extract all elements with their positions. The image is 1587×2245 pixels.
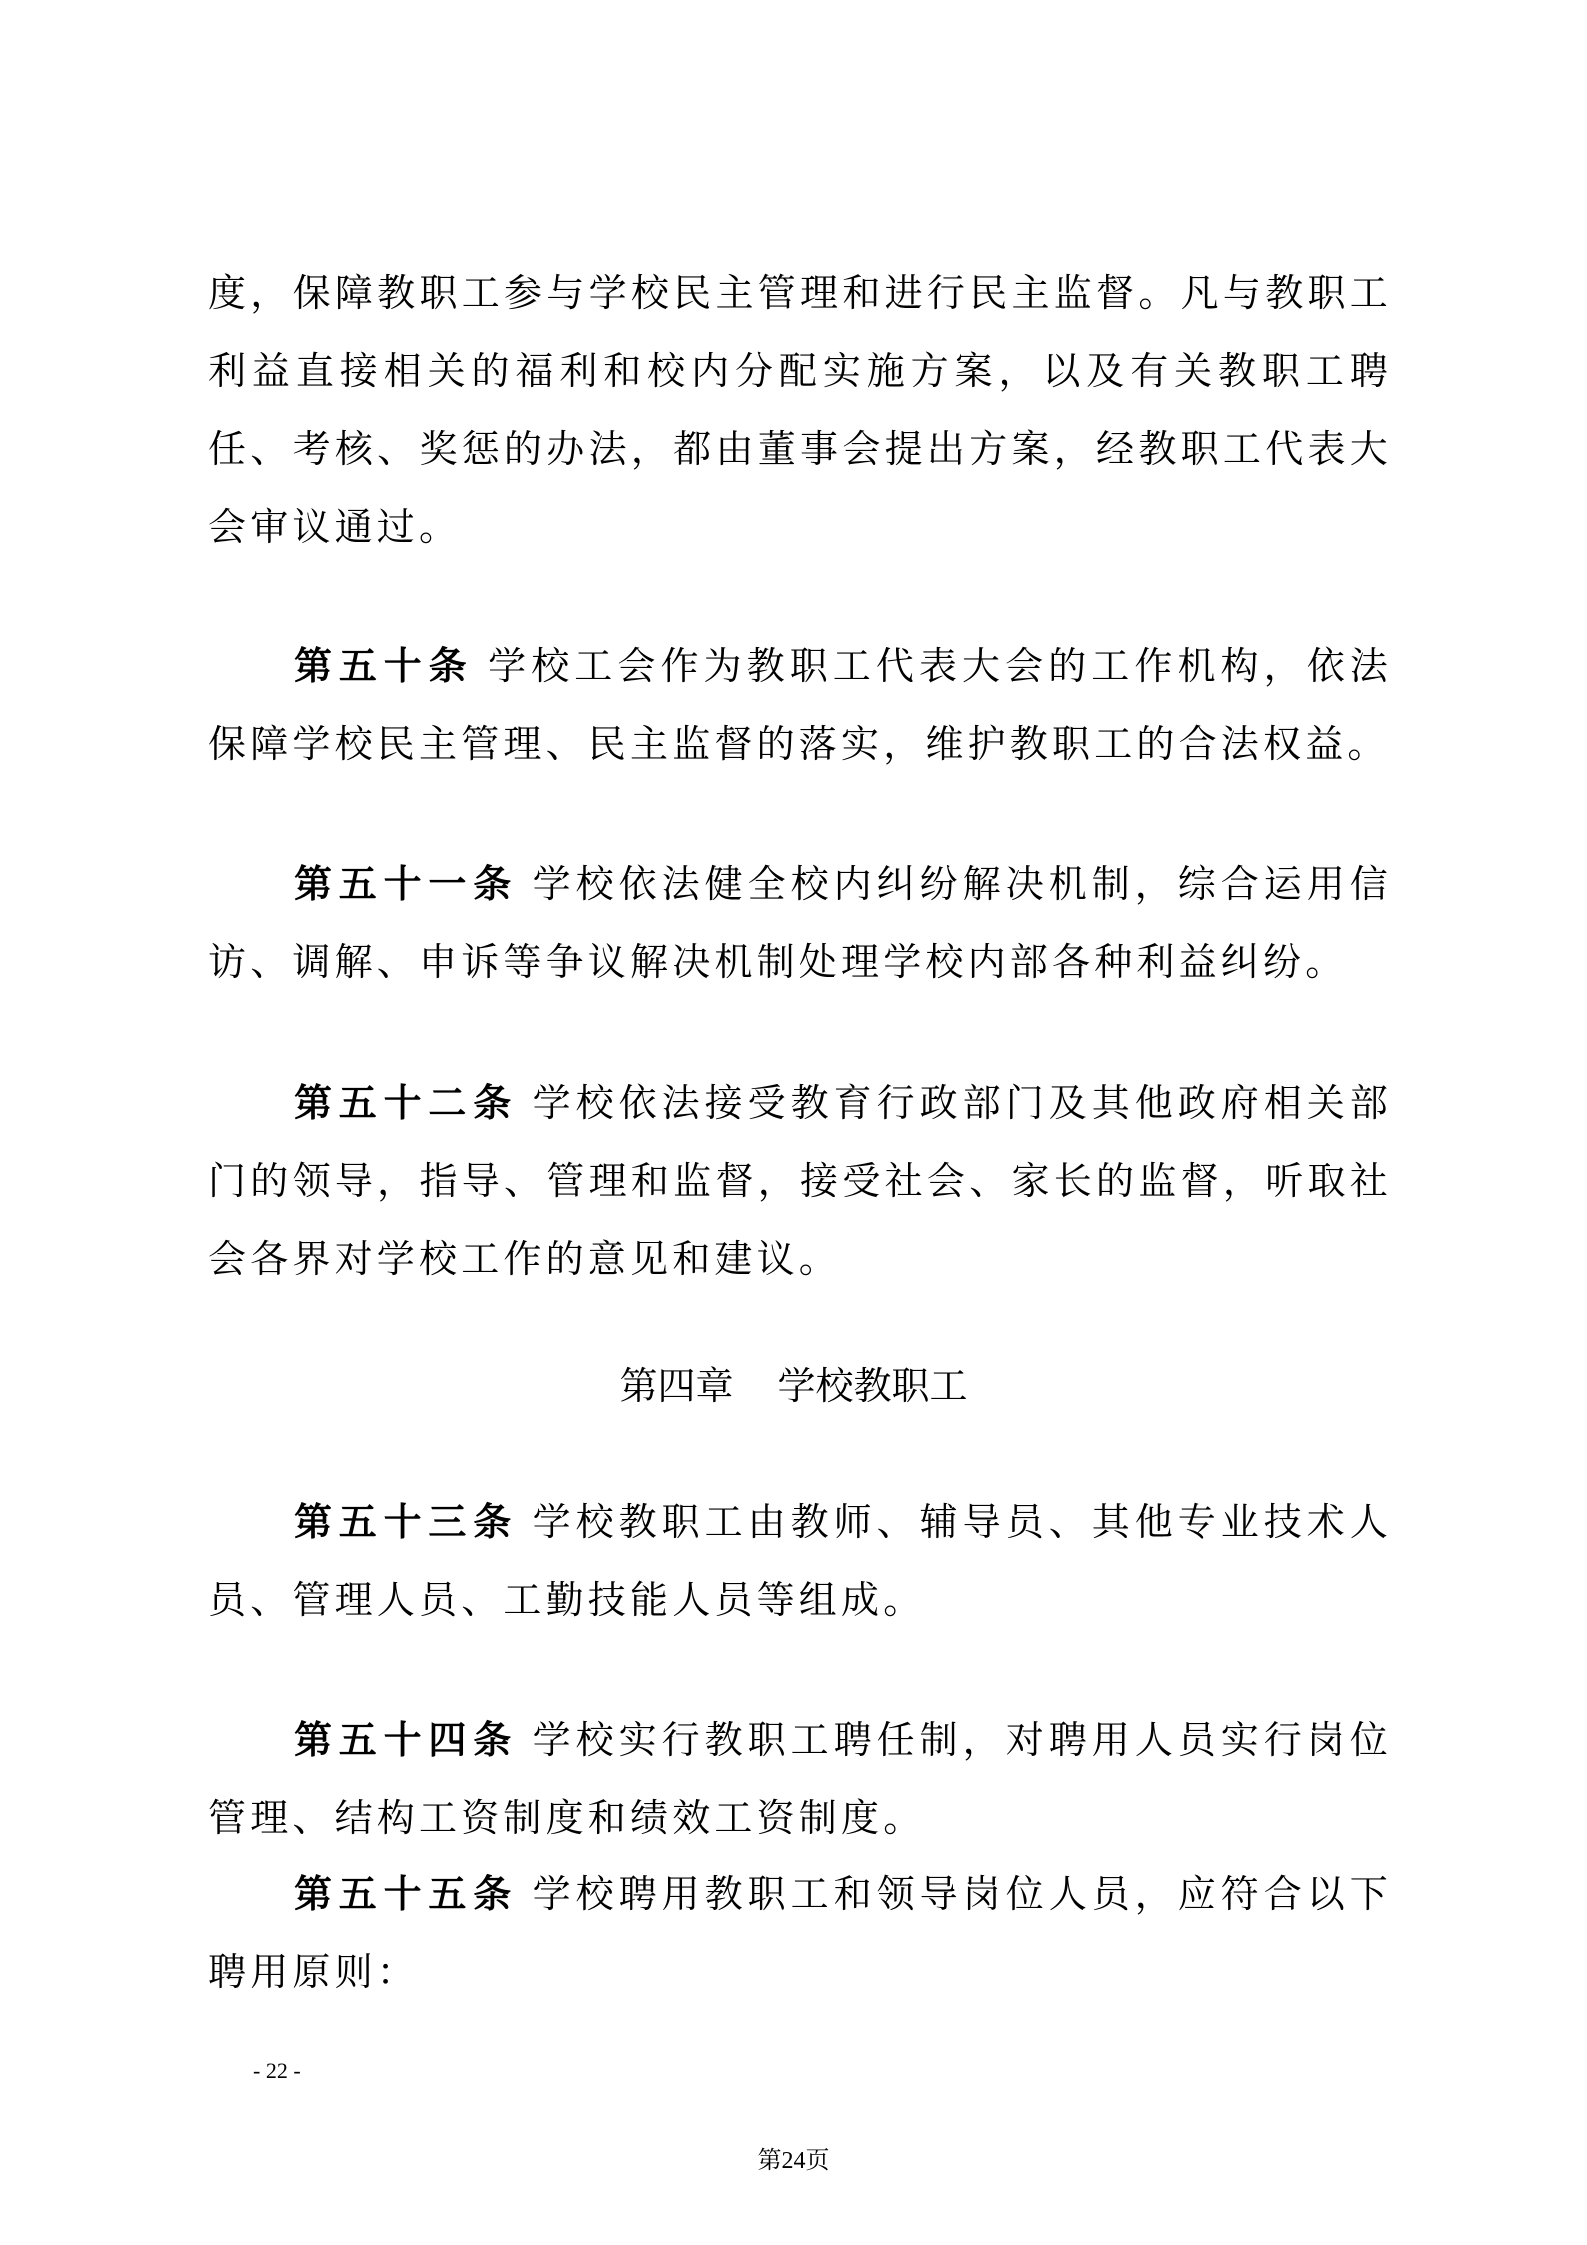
- paragraph-line: 会审议通过。: [208, 504, 1392, 550]
- article-text: 学校实行教职工聘任制，对聘用人员实行岗位: [532, 1718, 1392, 1762]
- chapter-heading: 第四章学校教职工: [0, 1363, 1587, 1409]
- paragraph-line: 任、考核、奖惩的办法，都由董事会提出方案，经教职工代表大: [208, 426, 1392, 472]
- article-53-first-line: 第五十三条 学校教职工由教师、辅导员、其他专业技术人: [294, 1499, 1392, 1545]
- article-51-first-line: 第五十一条 学校依法健全校内纠纷解决机制，综合运用信: [294, 861, 1392, 907]
- paragraph-line: 访、调解、申诉等争议解决机制处理学校内部各种利益纠纷。: [208, 939, 1392, 985]
- paragraph-line: 度，保障教职工参与学校民主管理和进行民主监督。凡与教职工: [208, 270, 1392, 316]
- article-text: 学校聘用教职工和领导岗位人员，应符合以下: [532, 1872, 1392, 1916]
- article-text: 学校依法接受教育行政部门及其他政府相关部: [532, 1081, 1392, 1125]
- article-text: 学校工会作为教职工代表大会的工作机构，依法: [487, 644, 1392, 688]
- chapter-title: 学校教职工: [778, 1364, 968, 1408]
- article-number: 第五十二条: [294, 1081, 518, 1125]
- article-54-first-line: 第五十四条 学校实行教职工聘任制，对聘用人员实行岗位: [294, 1717, 1392, 1763]
- article-55-first-line: 第五十五条 学校聘用教职工和领导岗位人员，应符合以下: [294, 1871, 1392, 1917]
- article-number: 第五十四条: [294, 1718, 518, 1762]
- article-text: 学校教职工由教师、辅导员、其他专业技术人: [532, 1500, 1392, 1544]
- article-number: 第五十三条: [294, 1500, 518, 1544]
- page-footer: 第24页: [0, 2140, 1587, 2175]
- article-50-first-line: 第五十条 学校工会作为教职工代表大会的工作机构，依法: [294, 643, 1392, 689]
- paragraph-line: 门的领导，指导、管理和监督，接受社会、家长的监督，听取社: [208, 1158, 1392, 1204]
- article-number: 第五十一条: [294, 862, 518, 906]
- paragraph-line: 聘用原则：: [208, 1949, 1392, 1995]
- paragraph-line: 管理、结构工资制度和绩效工资制度。: [208, 1795, 1392, 1841]
- article-number: 第五十条: [294, 644, 474, 688]
- article-text: 学校依法健全校内纠纷解决机制，综合运用信: [532, 862, 1392, 906]
- article-52-first-line: 第五十二条 学校依法接受教育行政部门及其他政府相关部: [294, 1080, 1392, 1126]
- document-page: 度，保障教职工参与学校民主管理和进行民主监督。凡与教职工 利益直接相关的福利和校…: [0, 0, 1587, 2245]
- paragraph-line: 保障学校民主管理、民主监督的落实，维护教职工的合法权益。: [208, 721, 1392, 767]
- article-number: 第五十五条: [294, 1872, 518, 1916]
- paragraph-line: 员、管理人员、工勤技能人员等组成。: [208, 1577, 1392, 1623]
- paragraph-line: 利益直接相关的福利和校内分配实施方案，以及有关教职工聘: [208, 348, 1392, 394]
- page-number: - 22 -: [253, 2058, 301, 2084]
- chapter-number: 第四章: [619, 1364, 733, 1408]
- paragraph-line: 会各界对学校工作的意见和建议。: [208, 1236, 1392, 1282]
